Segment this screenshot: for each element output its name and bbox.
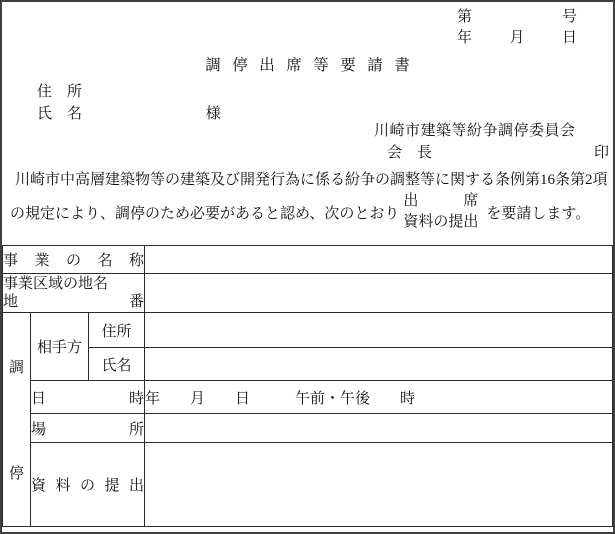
body-line2: の規定により、調停のため必要があると認め、次のとおり — [10, 202, 399, 223]
project-name-value-cell — [145, 246, 613, 274]
project-area-label-line1: 事業区域の地名 — [3, 275, 144, 293]
document-page: 第 号 年 月 日 調停出席等要請書 住 所 氏 名 様 川崎市建築等紛争調停委… — [0, 0, 615, 534]
table-row-datetime: 日 時 年 月 日 午前・午後 時 — [3, 381, 613, 414]
recipient-address-label: 住 所 — [37, 82, 82, 104]
doc-date-line: 年 月 日 — [457, 28, 577, 49]
table-row-place: 場 所 — [3, 414, 613, 443]
document-title: 調停出席等要請書 — [2, 53, 613, 75]
datetime-value-cell: 年 月 日 午前・午後 時 — [145, 381, 613, 414]
doc-number-line: 第 号 — [457, 7, 577, 28]
mediation-vertical-wrap: 調 停 — [3, 313, 30, 526]
doc-number-block: 第 号 年 月 日 — [457, 7, 577, 49]
table-row-project-area: 事業区域の地名 地 番 — [3, 274, 613, 313]
recipient-name-label: 氏 名 — [37, 104, 82, 126]
opponent-address-value-cell — [145, 313, 613, 348]
request-details-table: 事業の名称 事業区域の地名 地 番 調 停 相手方 住所 氏名 — [2, 245, 613, 527]
opponent-address-label: 住所 — [89, 313, 145, 348]
body-paragraph: 川崎市中高層建築物等の建築及び開発行為に係る紛争の調整等に関する条例第16条第2… — [10, 170, 611, 233]
recipient-address-row: 住 所 — [37, 82, 221, 104]
opponent-label: 相手方 — [31, 313, 89, 381]
mediation-char-1: 調 — [9, 356, 24, 377]
honorific-label: 様 — [206, 106, 221, 122]
chairman-row: 会 長 印 — [387, 141, 609, 162]
table-row-opponent-name: 氏名 — [3, 348, 613, 381]
opponent-name-value-cell — [145, 348, 613, 381]
project-area-value-cell — [145, 274, 613, 313]
committee-name: 川崎市建築等紛争調停委員会 — [374, 119, 576, 140]
choice-materials: 資料の提出 — [403, 212, 478, 233]
choice-stack: 出 席 資料の提出 — [403, 191, 478, 233]
project-area-label-line2: 地 番 — [3, 293, 144, 311]
choice-attendance: 出 席 — [403, 191, 478, 212]
mediation-char-2: 停 — [9, 462, 24, 483]
project-name-label: 事業の名称 — [3, 246, 145, 274]
table-row-opponent-address: 調 停 相手方 住所 — [3, 313, 613, 348]
materials-label: 資料の提出 — [31, 443, 145, 527]
opponent-name-label: 氏名 — [89, 348, 145, 381]
body-suffix: を要請します。 — [486, 202, 590, 223]
body-line1: 川崎市中高層建築物等の建築及び開発行為に係る紛争の調整等に関する条例第16条第2… — [10, 170, 611, 190]
table-row-materials: 資料の提出 — [3, 443, 613, 527]
place-label: 場 所 — [31, 414, 145, 443]
recipient-block: 住 所 氏 名 様 — [37, 82, 221, 125]
materials-value-cell — [145, 443, 613, 527]
table-row-project-name: 事業の名称 — [3, 246, 613, 274]
datetime-label: 日 時 — [31, 381, 145, 414]
body-line2-row: の規定により、調停のため必要があると認め、次のとおり 出 席 資料の提出 を要請… — [10, 191, 611, 233]
seal-mark: 印 — [594, 141, 609, 162]
project-area-label: 事業区域の地名 地 番 — [3, 274, 145, 313]
mediation-vertical-label: 調 停 — [3, 313, 31, 527]
recipient-name-row: 氏 名 様 — [37, 104, 221, 126]
chairman-label: 会 長 — [387, 141, 432, 162]
place-value-cell — [145, 414, 613, 443]
